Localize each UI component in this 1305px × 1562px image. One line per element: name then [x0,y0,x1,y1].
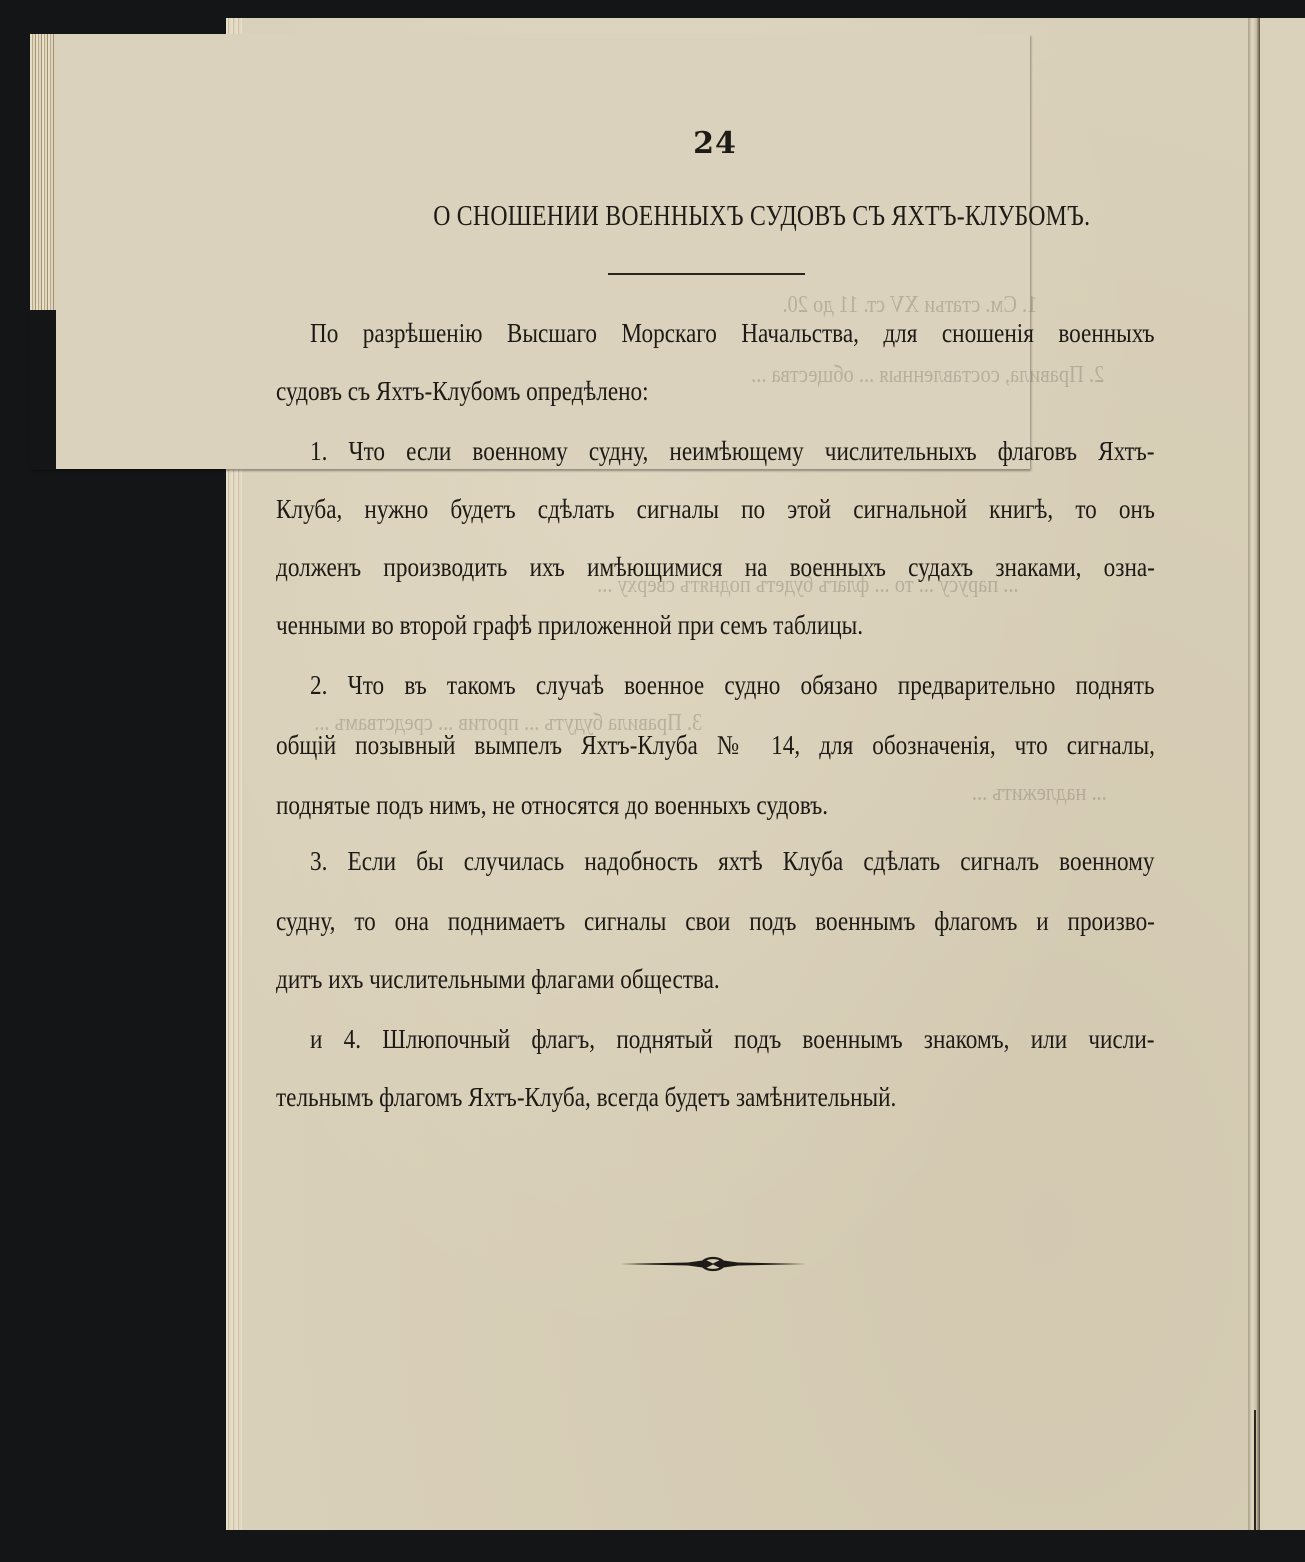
clause-1-line: 1. Что если военному судну, неимѣющему ч… [310,436,1155,467]
section-title: О сношении военныхъ судовъ съ Яхтъ-Клубо… [433,200,991,233]
page-number: 24 [0,126,1305,161]
clause-1-line: Клуба, нужно будетъ сдѣлать сигналы по э… [276,494,1155,525]
clause-3-line: 3. Если бы случилась надобность яхтѣ Клу… [310,846,1155,877]
clause-3-line: судну, то она поднимаетъ сигналы свои по… [276,906,1155,937]
clause-2-line: поднятые подъ нимъ, не относятся до воен… [276,790,1033,821]
clause-3-line: дитъ ихъ числительными флагами общества. [276,964,1033,995]
clause-2-line: 2. Что въ такомъ случаѣ военное судно об… [310,670,1155,701]
clause-4-line: и 4. Шлюпочный флагъ, поднятый подъ воен… [310,1024,1155,1055]
clause-2-line: общій позывный вымпелъ Яхтъ-Клуба № 14, … [276,730,1155,761]
clause-4-line: тельнымъ флагомъ Яхтъ-Клуба, всегда буде… [276,1082,1033,1113]
clause-1-line: долженъ производить ихъ имѣющимися на во… [276,552,1155,583]
clause-1-line: ченными во второй графѣ приложенной при … [276,610,1033,641]
end-ornament-icon [618,1252,808,1276]
intro-line: судовъ съ Яхтъ-Клубомъ опредѣлено: [276,376,1033,407]
page-content: 1. См. статьи XV ст. 11 до 20. 2. Правил… [0,0,1305,1562]
show-through-text: 1. См. статьи XV ст. 11 до 20. [782,292,1037,319]
intro-line: По разрѣшенію Высшаго Морскаго Начальств… [310,318,1155,349]
title-rule [608,273,805,275]
